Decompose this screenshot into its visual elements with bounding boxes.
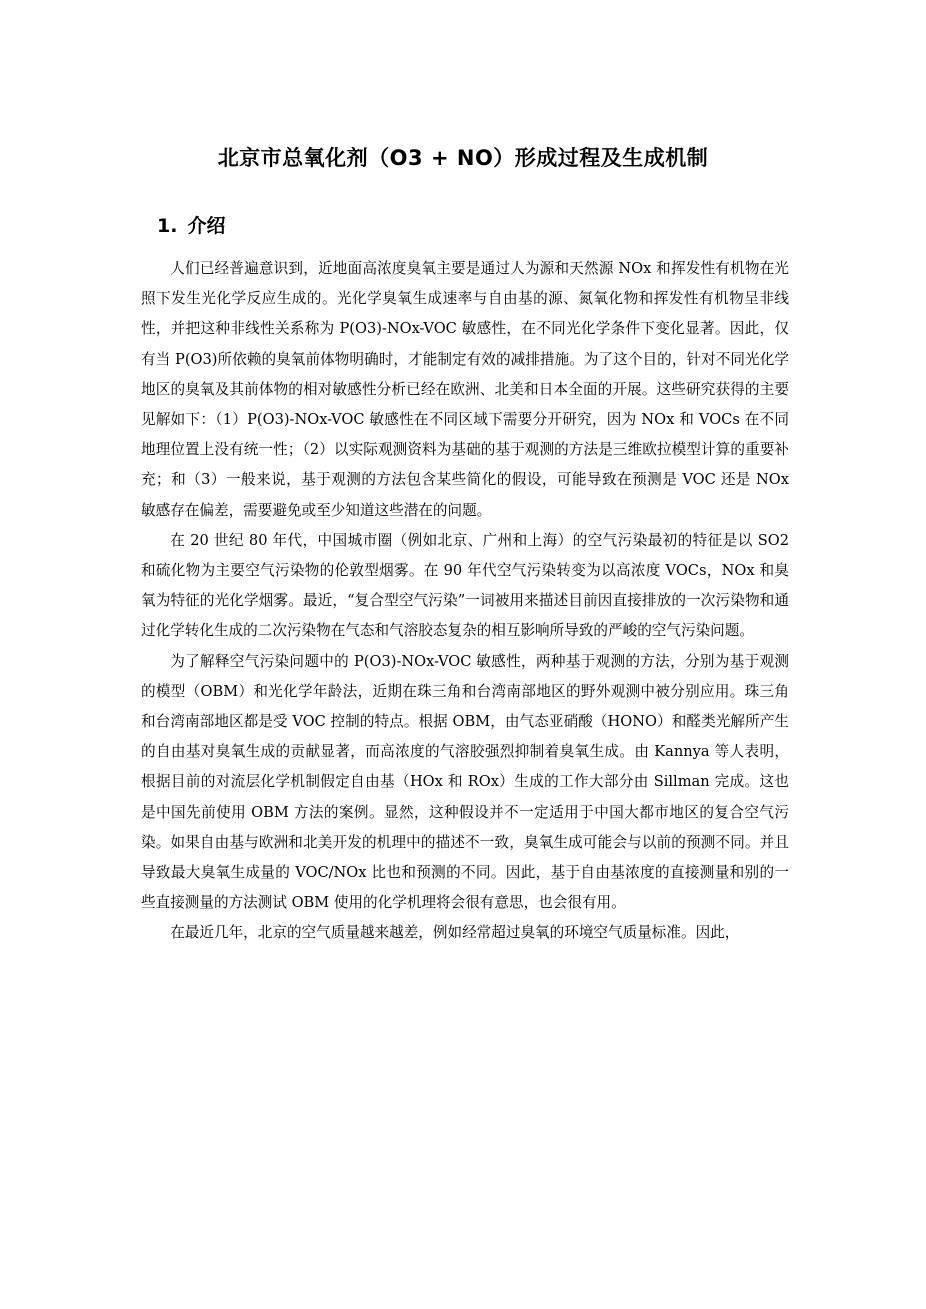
document-body: 人们已经普遍意识到，近地面高浓度臭氧主要是通过人为源和天然源 NOx 和挥发性有… (141, 254, 789, 949)
paragraph-2: 在 20 世纪 80 年代，中国城市圈（例如北京、广州和上海）的空气污染最初的特… (141, 526, 789, 647)
paragraph-1: 人们已经普遍意识到，近地面高浓度臭氧主要是通过人为源和天然源 NOx 和挥发性有… (141, 254, 789, 526)
document-title: 北京市总氧化剂（O3 + NO）形成过程及生成机制 (0, 140, 926, 176)
paragraph-4: 在最近几年，北京的空气质量越来越差，例如经常超过臭氧的环境空气质量标准。因此， (141, 918, 789, 948)
document-page: 北京市总氧化剂（O3 + NO）形成过程及生成机制 1.介绍 人们已经普遍意识到… (0, 0, 926, 1309)
section-title: 介绍 (187, 215, 225, 237)
section-heading: 1.介绍 (157, 210, 225, 242)
paragraph-3: 为了解释空气污染问题中的 P(O3)-NOx-VOC 敏感性，两种基于观测的方法… (141, 647, 789, 919)
section-number: 1. (157, 215, 177, 237)
